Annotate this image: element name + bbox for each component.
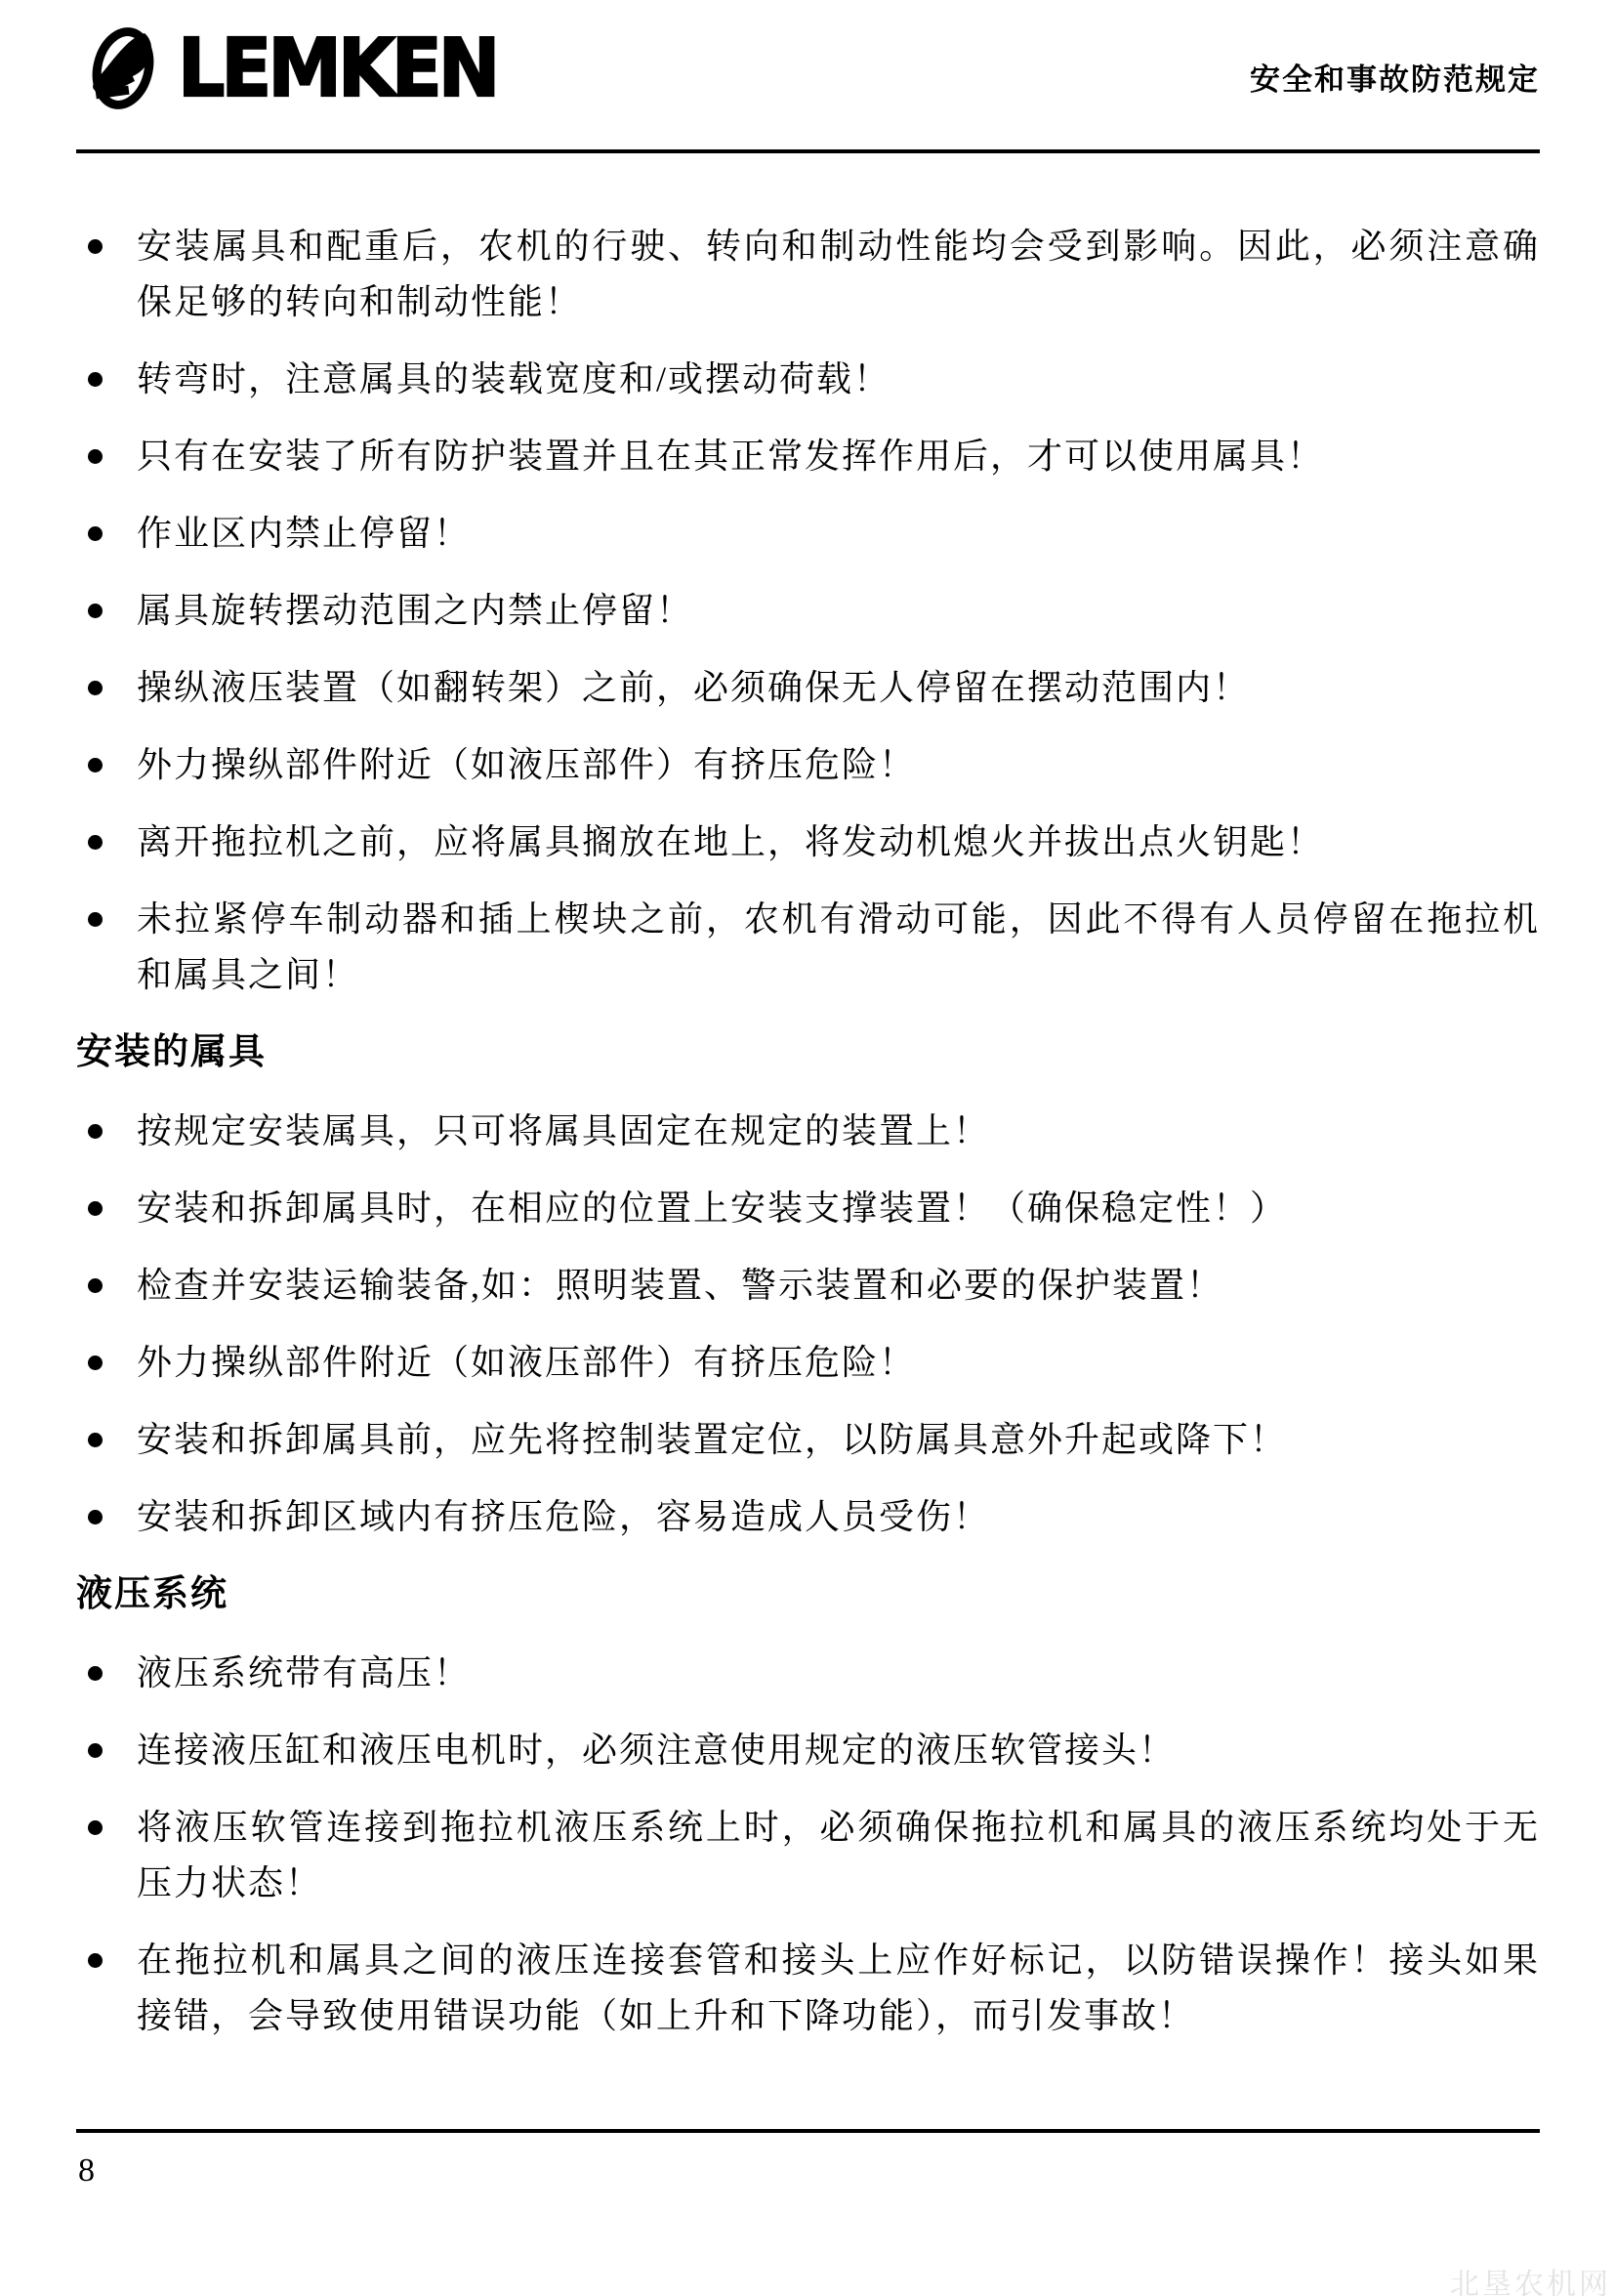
bullet-text: 安装和拆卸区域内有挤压危险，容易造成人员受伤！ bbox=[137, 1497, 990, 1536]
section-heading-mounted-implements: 安装的属具 bbox=[76, 1024, 1540, 1080]
list-item: 安装和拆卸属具前，应先将控制装置定位，以防属具意外升起或降下！ bbox=[76, 1412, 1540, 1468]
bullet-text: 离开拖拉机之前，应将属具搁放在地上，将发动机熄火并拔出点火钥匙！ bbox=[137, 822, 1324, 861]
list-item: 属具旋转摆动范围之内禁止停留！ bbox=[76, 583, 1540, 639]
bullet-icon bbox=[88, 604, 103, 618]
bullet-text: 液压系统带有高压！ bbox=[137, 1653, 471, 1692]
bullet-icon bbox=[88, 1433, 103, 1447]
list-item: 外力操纵部件附近（如液压部件）有挤压危险！ bbox=[76, 1335, 1540, 1391]
bullet-text: 按规定安装属具，只可将属具固定在规定的装置上！ bbox=[137, 1111, 990, 1150]
brand-name: LEMKEN bbox=[178, 28, 496, 108]
page-title: 安全和事故防范规定 bbox=[1250, 55, 1540, 99]
page-number: 8 bbox=[78, 2152, 95, 2190]
list-item: 只有在安装了所有防护装置并且在其正常发挥作用后，才可以使用属具！ bbox=[76, 429, 1540, 484]
list-item: 未拉紧停车制动器和插上楔块之前，农机有滑动可能，因此不得有人员停留在拖拉机和属具… bbox=[76, 892, 1540, 1003]
section-heading-hydraulic-system: 液压系统 bbox=[76, 1566, 1540, 1622]
document-page: LEMKEN 安全和事故防范规定 安装属具和配重后，农机的行驶、转向和制动性能均… bbox=[0, 0, 1615, 2296]
bullet-text: 连接液压缸和液压电机时，必须注意使用规定的液压软管接头！ bbox=[137, 1731, 1176, 1770]
list-item: 外力操纵部件附近（如液压部件）有挤压危险！ bbox=[76, 737, 1540, 793]
list-item: 离开拖拉机之前，应将属具搁放在地上，将发动机熄火并拔出点火钥匙！ bbox=[76, 814, 1540, 870]
watermark-text: 北垦农机网 bbox=[1450, 2260, 1611, 2296]
bullet-text: 转弯时，注意属具的装载宽度和/或摆动荷载！ bbox=[137, 359, 890, 398]
bullet-text: 只有在安装了所有防护装置并且在其正常发挥作用后，才可以使用属具！ bbox=[137, 437, 1324, 476]
bullet-icon bbox=[88, 1278, 103, 1293]
bullet-icon bbox=[88, 835, 103, 850]
bullet-text: 检查并安装运输装备,如：照明装置、警示装置和必要的保护装置！ bbox=[137, 1266, 1223, 1305]
bullet-text: 操纵液压装置（如翻转架）之前，必须确保无人停留在摆动范围内！ bbox=[137, 668, 1250, 707]
bullet-icon bbox=[88, 1124, 103, 1139]
lemken-plowshare-icon bbox=[76, 23, 174, 113]
bullet-icon bbox=[88, 526, 103, 541]
document-body: 安装属具和配重后，农机的行驶、转向和制动性能均会受到影响。因此，必须注意确保足够… bbox=[76, 219, 1540, 2066]
bullet-icon bbox=[88, 1666, 103, 1681]
bullet-icon bbox=[88, 449, 103, 464]
bullet-text: 安装和拆卸属具时，在相应的位置上安装支撑装置！（确保稳定性！） bbox=[137, 1189, 1287, 1228]
bullet-text: 未拉紧停车制动器和插上楔块之前，农机有滑动可能，因此不得有人员停留在拖拉机和属具… bbox=[137, 899, 1540, 994]
list-item: 在拖拉机和属具之间的液压连接套管和接头上应作好标记，以防错误操作！接头如果接错，… bbox=[76, 1933, 1540, 2044]
list-item: 液压系统带有高压！ bbox=[76, 1646, 1540, 1701]
bullet-text: 在拖拉机和属具之间的液压连接套管和接头上应作好标记，以防错误操作！接头如果接错，… bbox=[137, 1941, 1540, 2035]
safety-list-general: 安装属具和配重后，农机的行驶、转向和制动性能均会受到影响。因此，必须注意确保足够… bbox=[76, 219, 1540, 1003]
bullet-icon bbox=[88, 239, 103, 254]
bullet-text: 安装属具和配重后，农机的行驶、转向和制动性能均会受到影响。因此，必须注意确保足够… bbox=[137, 227, 1540, 321]
list-item: 转弯时，注意属具的装载宽度和/或摆动荷载！ bbox=[76, 352, 1540, 407]
header-divider bbox=[76, 149, 1540, 153]
bullet-icon bbox=[88, 1201, 103, 1216]
bullet-text: 安装和拆卸属具前，应先将控制装置定位，以防属具意外升起或降下！ bbox=[137, 1420, 1287, 1459]
list-item: 安装和拆卸属具时，在相应的位置上安装支撑装置！（确保稳定性！） bbox=[76, 1181, 1540, 1236]
list-item: 检查并安装运输装备,如：照明装置、警示装置和必要的保护装置！ bbox=[76, 1258, 1540, 1314]
bullet-icon bbox=[88, 1510, 103, 1524]
bullet-icon bbox=[88, 372, 103, 387]
bullet-icon bbox=[88, 1356, 103, 1370]
bullet-text: 外力操纵部件附近（如液压部件）有挤压危险！ bbox=[137, 745, 916, 784]
bullet-text: 作业区内禁止停留！ bbox=[137, 514, 471, 553]
safety-list-mounted-implements: 按规定安装属具，只可将属具固定在规定的装置上！ 安装和拆卸属具时，在相应的位置上… bbox=[76, 1104, 1540, 1545]
bullet-icon bbox=[88, 681, 103, 695]
list-item: 将液压软管连接到拖拉机液压系统上时，必须确保拖拉机和属具的液压系统均处于无压力状… bbox=[76, 1800, 1540, 1911]
lemken-logo: LEMKEN bbox=[76, 23, 496, 113]
list-item: 作业区内禁止停留！ bbox=[76, 506, 1540, 562]
bullet-icon bbox=[88, 912, 103, 927]
safety-list-hydraulic-system: 液压系统带有高压！ 连接液压缸和液压电机时，必须注意使用规定的液压软管接头！ 将… bbox=[76, 1646, 1540, 2044]
bullet-icon bbox=[88, 1743, 103, 1758]
list-item: 安装和拆卸区域内有挤压危险，容易造成人员受伤！ bbox=[76, 1489, 1540, 1545]
bullet-text: 外力操纵部件附近（如液压部件）有挤压危险！ bbox=[137, 1343, 916, 1382]
bullet-icon bbox=[88, 758, 103, 772]
bullet-text: 将液压软管连接到拖拉机液压系统上时，必须确保拖拉机和属具的液压系统均处于无压力状… bbox=[137, 1808, 1540, 1902]
list-item: 按规定安装属具，只可将属具固定在规定的装置上！ bbox=[76, 1104, 1540, 1159]
bullet-icon bbox=[88, 1820, 103, 1835]
footer-divider bbox=[76, 2129, 1540, 2133]
list-item: 连接液压缸和液压电机时，必须注意使用规定的液压软管接头！ bbox=[76, 1723, 1540, 1778]
list-item: 操纵液压装置（如翻转架）之前，必须确保无人停留在摆动范围内！ bbox=[76, 660, 1540, 716]
list-item: 安装属具和配重后，农机的行驶、转向和制动性能均会受到影响。因此，必须注意确保足够… bbox=[76, 219, 1540, 330]
bullet-text: 属具旋转摆动范围之内禁止停留！ bbox=[137, 591, 693, 630]
bullet-icon bbox=[88, 1953, 103, 1968]
